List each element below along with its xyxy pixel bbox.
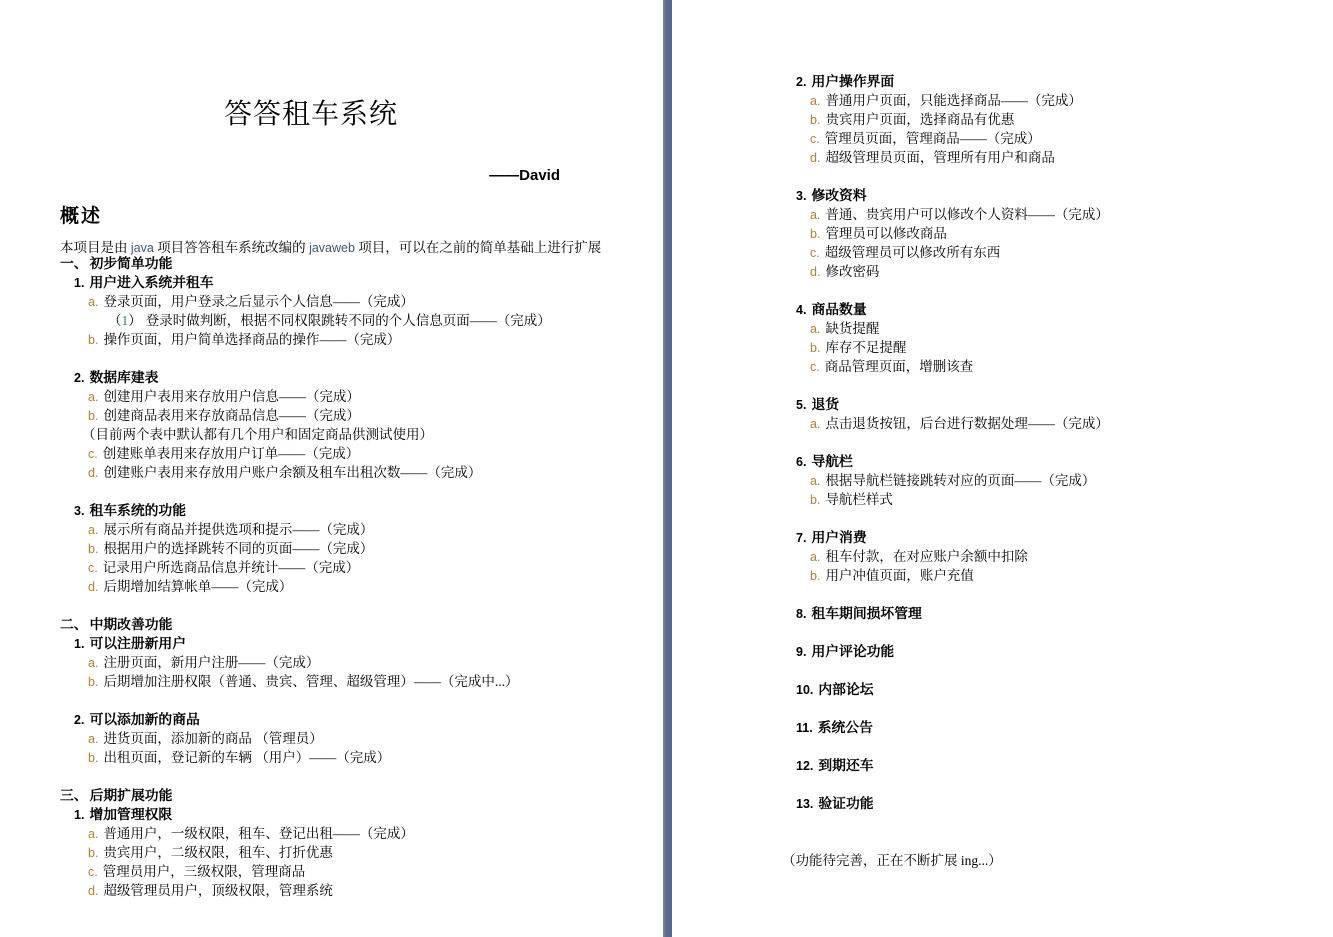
- outline-item: b.贵宾用户，二级权限，租车、打折优惠: [60, 843, 645, 862]
- list-item-text: 进货页面，添加新的商品 （管理员）: [103, 731, 322, 746]
- list-marker: 9.: [796, 645, 806, 659]
- list-item-text: 商品数量: [811, 302, 866, 317]
- list-marker: c.: [88, 561, 98, 575]
- list-item-text: 租车期间损坏管理: [811, 606, 921, 621]
- intro-paragraph: 本项目是由 java 项目答答租车系统改编的 javaweb 项目，可以在之前的…: [60, 236, 635, 256]
- outline-item: a.登录页面，用户登录之后显示个人信息——（完成）: [60, 292, 645, 311]
- list-item-text: 超级管理员页面，管理所有用户和商品: [825, 150, 1055, 165]
- list-marker: 12.: [796, 759, 813, 773]
- outline-item: b.操作页面，用户简单选择商品的操作——（完成）: [60, 330, 645, 349]
- list-marker: d.: [88, 580, 98, 594]
- list-item-text: 中期改善功能: [90, 617, 173, 632]
- list-item-text: （目前两个表中默认都有几个用户和固定商品供测试使用）: [82, 427, 433, 442]
- outline-item: b.导航栏样式: [782, 490, 1322, 509]
- outline-item: （目前两个表中默认都有几个用户和固定商品供测试使用）: [60, 425, 645, 444]
- list-item-text: 租车系统的功能: [89, 503, 186, 518]
- list-item-text: 操作页面，用户简单选择商品的操作——（完成）: [103, 332, 400, 347]
- blank-line: [782, 623, 1322, 642]
- list-marker: 二、: [60, 617, 88, 632]
- list-item-text: 租车付款，在对应账户余额中扣除: [825, 549, 1028, 564]
- list-item-text: 点击退货按钮，后台进行数据处理——（完成）: [825, 416, 1109, 431]
- list-item-text: 系统公告: [818, 720, 873, 735]
- list-item-text: 超级管理员可以修改所有东西: [825, 245, 1001, 260]
- list-marker: 三、: [60, 788, 88, 803]
- list-marker: a.: [88, 732, 98, 746]
- blank-line: [782, 832, 1322, 851]
- list-item-text: 管理员用户，三级权限，管理商品: [103, 864, 306, 879]
- list-marker: a.: [88, 523, 98, 537]
- outline-heading: 12.到期还车: [782, 756, 1322, 775]
- outline-item: c.商品管理页面，增删该查: [782, 357, 1322, 376]
- list-marker: c.: [810, 132, 820, 146]
- outline-list-right: 2.用户操作界面a.普通用户页面，只能选择商品——（完成）b.贵宾用户页面，选择…: [782, 72, 1322, 870]
- blank-line: [782, 509, 1322, 528]
- list-item-text: 根据用户的选择跳转不同的页面——（完成）: [103, 541, 373, 556]
- list-marker: a.: [810, 550, 820, 564]
- outline-item: （1）登录时做判断，根据不同权限跳转不同的个人信息页面——（完成）: [60, 311, 645, 330]
- outline-item: b.用户冲值页面，账户充值: [782, 566, 1322, 585]
- list-marker: b.: [88, 751, 98, 765]
- list-marker: b.: [88, 675, 98, 689]
- list-marker: d.: [810, 151, 820, 165]
- list-item-text: 普通、贵宾用户可以修改个人资料——（完成）: [825, 207, 1109, 222]
- list-marker: （1）: [108, 313, 142, 328]
- outline-item: b.创建商品表用来存放商品信息——（完成）: [60, 406, 645, 425]
- outline-item: b.根据用户的选择跳转不同的页面——（完成）: [60, 539, 645, 558]
- outline-heading: 三、后期扩展功能: [60, 786, 645, 805]
- outline-item: （功能待完善，正在不断扩展 ing...）: [782, 851, 1322, 870]
- outline-heading: 11.系统公告: [782, 718, 1322, 737]
- list-item-text: 管理员可以修改商品: [825, 226, 947, 241]
- list-marker: c.: [88, 447, 98, 461]
- list-item-text: 记录用户所选商品信息并统计——（完成）: [103, 560, 360, 575]
- outline-item: d.后期增加结算帐单——（完成）: [60, 577, 645, 596]
- list-item-text: 用户冲值页面，账户充值: [825, 568, 974, 583]
- outline-item: a.创建用户表用来存放用户信息——（完成）: [60, 387, 645, 406]
- list-item-text: 内部论坛: [818, 682, 873, 697]
- list-item-text: 登录时做判断，根据不同权限跳转不同的个人信息页面——（完成）: [146, 313, 551, 328]
- list-item-text: 导航栏: [811, 454, 852, 469]
- list-item-text: 用户评论功能: [811, 644, 894, 659]
- outline-heading: 1.可以注册新用户: [60, 634, 645, 653]
- outline-heading: 二、中期改善功能: [60, 615, 645, 634]
- list-marker: 3.: [796, 189, 806, 203]
- page-divider: [663, 0, 672, 937]
- outline-heading: 8.租车期间损坏管理: [782, 604, 1322, 623]
- outline-item: a.根据导航栏链接跳转对应的页面——（完成）: [782, 471, 1322, 490]
- outline-item: c.管理员用户，三级权限，管理商品: [60, 862, 645, 881]
- list-marker: 6.: [796, 455, 806, 469]
- list-item-text: 库存不足提醒: [825, 340, 906, 355]
- list-item-text: 用户消费: [811, 530, 866, 545]
- list-item-text: 创建用户表用来存放用户信息——（完成）: [103, 389, 360, 404]
- blank-line: [782, 585, 1322, 604]
- blank-line: [782, 376, 1322, 395]
- list-marker: a.: [810, 208, 820, 222]
- blank-line: [782, 737, 1322, 756]
- outline-item: b.管理员可以修改商品: [782, 224, 1322, 243]
- document-view: 答答租车系统 ——David 概述 本项目是由 java 项目答答租车系统改编的…: [0, 0, 1333, 937]
- blank-line: [60, 767, 645, 786]
- outline-heading: 2.用户操作界面: [782, 72, 1322, 91]
- list-marker: b.: [810, 493, 820, 507]
- list-item-text: 商品管理页面，增删该查: [825, 359, 974, 374]
- list-item-text: 管理员页面，管理商品——（完成）: [825, 131, 1041, 146]
- list-item-text: 验证功能: [818, 796, 873, 811]
- outline-item: b.出租页面，登记新的车辆 （用户）——（完成）: [60, 748, 645, 767]
- list-marker: b.: [88, 409, 98, 423]
- list-marker: d.: [810, 265, 820, 279]
- blank-line: [60, 349, 645, 368]
- list-marker: 2.: [796, 75, 806, 89]
- list-marker: c.: [88, 865, 98, 879]
- list-marker: a.: [88, 390, 98, 404]
- outline-item: a.缺货提醒: [782, 319, 1322, 338]
- list-item-text: 用户进入系统并租车: [89, 275, 213, 290]
- outline-item: a.普通、贵宾用户可以修改个人资料——（完成）: [782, 205, 1322, 224]
- list-marker: 11.: [796, 721, 813, 735]
- list-item-text: 贵宾用户，二级权限，租车、打折优惠: [103, 845, 333, 860]
- list-item-text: 创建商品表用来存放商品信息——（完成）: [103, 408, 360, 423]
- outline-item: d.超级管理员用户，顶级权限，管理系统: [60, 881, 645, 900]
- list-item-text: 用户操作界面: [811, 74, 894, 89]
- blank-line: [782, 699, 1322, 718]
- document-title: 答答租车系统: [0, 92, 622, 132]
- list-item-text: 展示所有商品并提供选项和提示——（完成）: [103, 522, 373, 537]
- list-marker: d.: [88, 466, 98, 480]
- list-item-text: 可以注册新用户: [89, 636, 186, 651]
- list-item-text: 数据库建表: [89, 370, 158, 385]
- list-item-text: 增加管理权限: [89, 807, 172, 822]
- outline-item: a.注册页面，新用户注册——（完成）: [60, 653, 645, 672]
- blank-line: [60, 596, 645, 615]
- list-marker: 2.: [74, 371, 84, 385]
- list-marker: 13.: [796, 797, 813, 811]
- list-marker: a.: [88, 656, 98, 670]
- list-item-text: 普通用户页面，只能选择商品——（完成）: [825, 93, 1082, 108]
- list-marker: d.: [88, 884, 98, 898]
- list-marker: 5.: [796, 398, 806, 412]
- outline-item: a.普通用户页面，只能选择商品——（完成）: [782, 91, 1322, 110]
- list-marker: 10.: [796, 683, 813, 697]
- outline-item: b.贵宾用户页面，选择商品有优惠: [782, 110, 1322, 129]
- list-marker: 3.: [74, 504, 84, 518]
- list-marker: b.: [810, 113, 820, 127]
- outline-item: b.库存不足提醒: [782, 338, 1322, 357]
- list-marker: 2.: [74, 713, 84, 727]
- outline-heading: 13.验证功能: [782, 794, 1322, 813]
- blank-line: [782, 661, 1322, 680]
- outline-item: c.创建账单表用来存放用户订单——（完成）: [60, 444, 645, 463]
- list-marker: b.: [810, 341, 820, 355]
- outline-item: a.进货页面，添加新的商品 （管理员）: [60, 729, 645, 748]
- list-item-text: 后期增加注册权限（普通、贵宾、管理、超级管理）——（完成中...）: [103, 674, 518, 689]
- list-marker: a.: [88, 827, 98, 841]
- list-item-text: 初步简单功能: [90, 256, 173, 271]
- outline-heading: 1.用户进入系统并租车: [60, 273, 645, 292]
- list-marker: b.: [88, 542, 98, 556]
- list-item-text: 退货: [811, 397, 839, 412]
- list-item-text: 普通用户，一级权限，租车、登记出租——（完成）: [103, 826, 414, 841]
- list-marker: b.: [810, 569, 820, 583]
- list-marker: 一、: [60, 256, 88, 271]
- list-item-text: 创建账单表用来存放用户订单——（完成）: [103, 446, 360, 461]
- document-page-right: 2.用户操作界面a.普通用户页面，只能选择商品——（完成）b.贵宾用户页面，选择…: [672, 0, 1333, 937]
- outline-heading: 2.可以添加新的商品: [60, 710, 645, 729]
- list-marker: b.: [810, 227, 820, 241]
- outline-heading: 10.内部论坛: [782, 680, 1322, 699]
- blank-line: [782, 281, 1322, 300]
- outline-heading: 7.用户消费: [782, 528, 1322, 547]
- outline-item: c.管理员页面，管理商品——（完成）: [782, 129, 1322, 148]
- outline-heading: 4.商品数量: [782, 300, 1322, 319]
- list-item-text: （功能待完善，正在不断扩展 ing...）: [782, 853, 1002, 868]
- list-marker: 8.: [796, 607, 806, 621]
- blank-line: [782, 813, 1322, 832]
- outline-heading: 2.数据库建表: [60, 368, 645, 387]
- list-item-text: 后期增加结算帐单——（完成）: [103, 579, 292, 594]
- outline-heading: 1.增加管理权限: [60, 805, 645, 824]
- list-marker: b.: [88, 846, 98, 860]
- blank-line: [782, 167, 1322, 186]
- blank-line: [60, 482, 645, 501]
- list-item-text: 贵宾用户页面，选择商品有优惠: [825, 112, 1014, 127]
- list-marker: 1.: [74, 637, 84, 651]
- list-item-text: 出租页面，登记新的车辆 （用户）——（完成）: [103, 750, 390, 765]
- outline-item: a.展示所有商品并提供选项和提示——（完成）: [60, 520, 645, 539]
- outline-item: c.记录用户所选商品信息并统计——（完成）: [60, 558, 645, 577]
- list-marker: a.: [810, 417, 820, 431]
- outline-item: a.租车付款，在对应账户余额中扣除: [782, 547, 1322, 566]
- list-item-text: 创建账户表用来存放用户账户余额及租车出租次数——（完成）: [103, 465, 481, 480]
- list-marker: a.: [810, 474, 820, 488]
- outline-heading: 9.用户评论功能: [782, 642, 1322, 661]
- list-marker: a.: [810, 94, 820, 108]
- latin-token: java: [131, 241, 154, 255]
- list-item-text: 到期还车: [818, 758, 873, 773]
- author-byline: ——David: [489, 167, 560, 184]
- outline-item: d.超级管理员页面，管理所有用户和商品: [782, 148, 1322, 167]
- outline-list-left: 一、初步简单功能1.用户进入系统并租车a.登录页面，用户登录之后显示个人信息——…: [60, 254, 645, 900]
- outline-heading: 一、初步简单功能: [60, 254, 645, 273]
- outline-item: a.点击退货按钮，后台进行数据处理——（完成）: [782, 414, 1322, 433]
- list-marker: 1.: [74, 276, 84, 290]
- outline-item: d.修改密码: [782, 262, 1322, 281]
- blank-line: [782, 433, 1322, 452]
- latin-token: javaweb: [309, 241, 355, 255]
- list-marker: c.: [810, 246, 820, 260]
- list-item-text: 根据导航栏链接跳转对应的页面——（完成）: [825, 473, 1095, 488]
- list-marker: b.: [88, 333, 98, 347]
- list-marker: a.: [810, 322, 820, 336]
- blank-line: [60, 691, 645, 710]
- list-marker: 4.: [796, 303, 806, 317]
- outline-item: b.后期增加注册权限（普通、贵宾、管理、超级管理）——（完成中...）: [60, 672, 645, 691]
- outline-heading: 3.修改资料: [782, 186, 1322, 205]
- outline-item: c.超级管理员可以修改所有东西: [782, 243, 1322, 262]
- section-heading-overview: 概述: [60, 201, 102, 228]
- list-item-text: 可以添加新的商品: [89, 712, 199, 727]
- list-marker: 7.: [796, 531, 806, 545]
- blank-line: [782, 775, 1322, 794]
- list-item-text: 超级管理员用户，顶级权限，管理系统: [103, 883, 333, 898]
- list-marker: 1.: [74, 808, 84, 822]
- outline-item: a.普通用户，一级权限，租车、登记出租——（完成）: [60, 824, 645, 843]
- document-page-left: 答答租车系统 ——David 概述 本项目是由 java 项目答答租车系统改编的…: [0, 0, 663, 937]
- list-item-text: 修改资料: [811, 188, 866, 203]
- list-marker: a.: [88, 295, 98, 309]
- list-item-text: 导航栏样式: [825, 492, 893, 507]
- list-item-text: 缺货提醒: [825, 321, 879, 336]
- list-item-text: 后期扩展功能: [90, 788, 173, 803]
- list-item-text: 登录页面，用户登录之后显示个人信息——（完成）: [103, 294, 414, 309]
- list-item-text: 注册页面，新用户注册——（完成）: [103, 655, 319, 670]
- outline-heading: 6.导航栏: [782, 452, 1322, 471]
- outline-heading: 5.退货: [782, 395, 1322, 414]
- outline-heading: 3.租车系统的功能: [60, 501, 645, 520]
- outline-item: d.创建账户表用来存放用户账户余额及租车出租次数——（完成）: [60, 463, 645, 482]
- list-item-text: 修改密码: [825, 264, 879, 279]
- list-marker: c.: [810, 360, 820, 374]
